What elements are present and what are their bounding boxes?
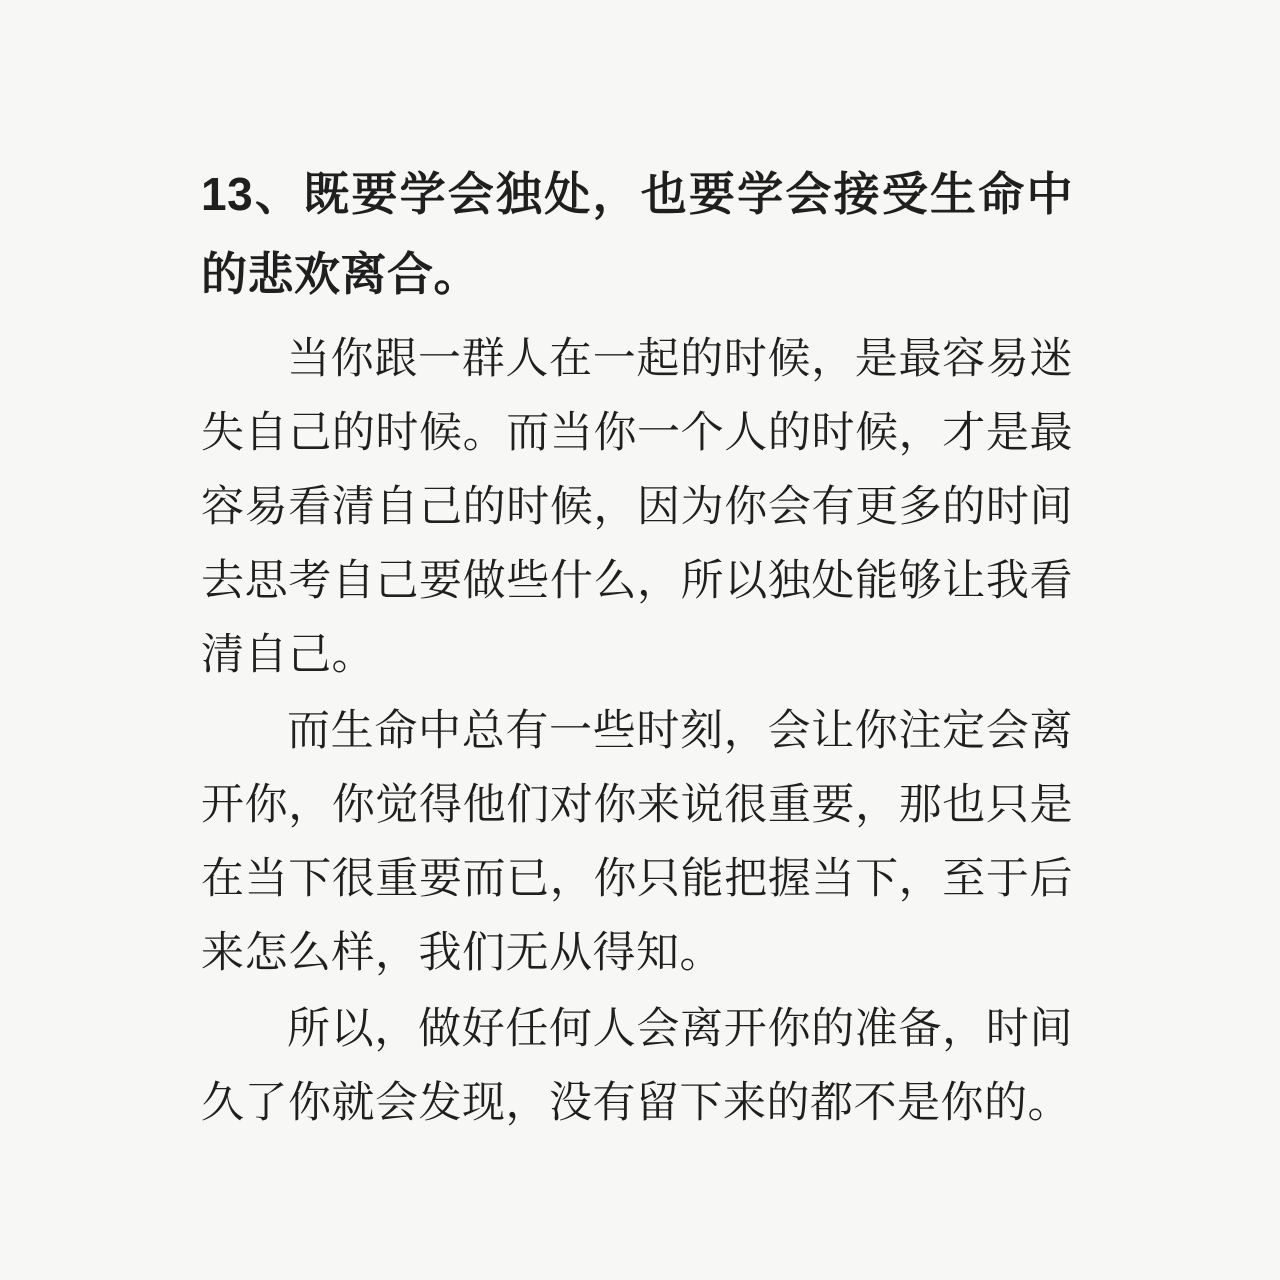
article: 13、既要学会独处，也要学会接受生命中的悲欢离合。 当你跟一群人在一起的时候，是… (201, 154, 1073, 1140)
paragraph-3: 所以，做好任何人会离开你的准备，时间久了你就会发现，没有留下来的都不是你的。 (201, 992, 1073, 1140)
quote-card-page: { "page": { "background_color": "#f7f7f6… (0, 0, 1280, 1280)
article-title: 13、既要学会独处，也要学会接受生命中的悲欢离合。 (201, 154, 1073, 314)
paragraph-2: 而生命中总有一些时刻，会让你注定会离开你，你觉得他们对你来说很重要，那也只是在当… (201, 694, 1073, 990)
paragraph-1: 当你跟一群人在一起的时候，是最容易迷失自己的时候。而当你一个人的时候，才是最容易… (201, 322, 1073, 692)
